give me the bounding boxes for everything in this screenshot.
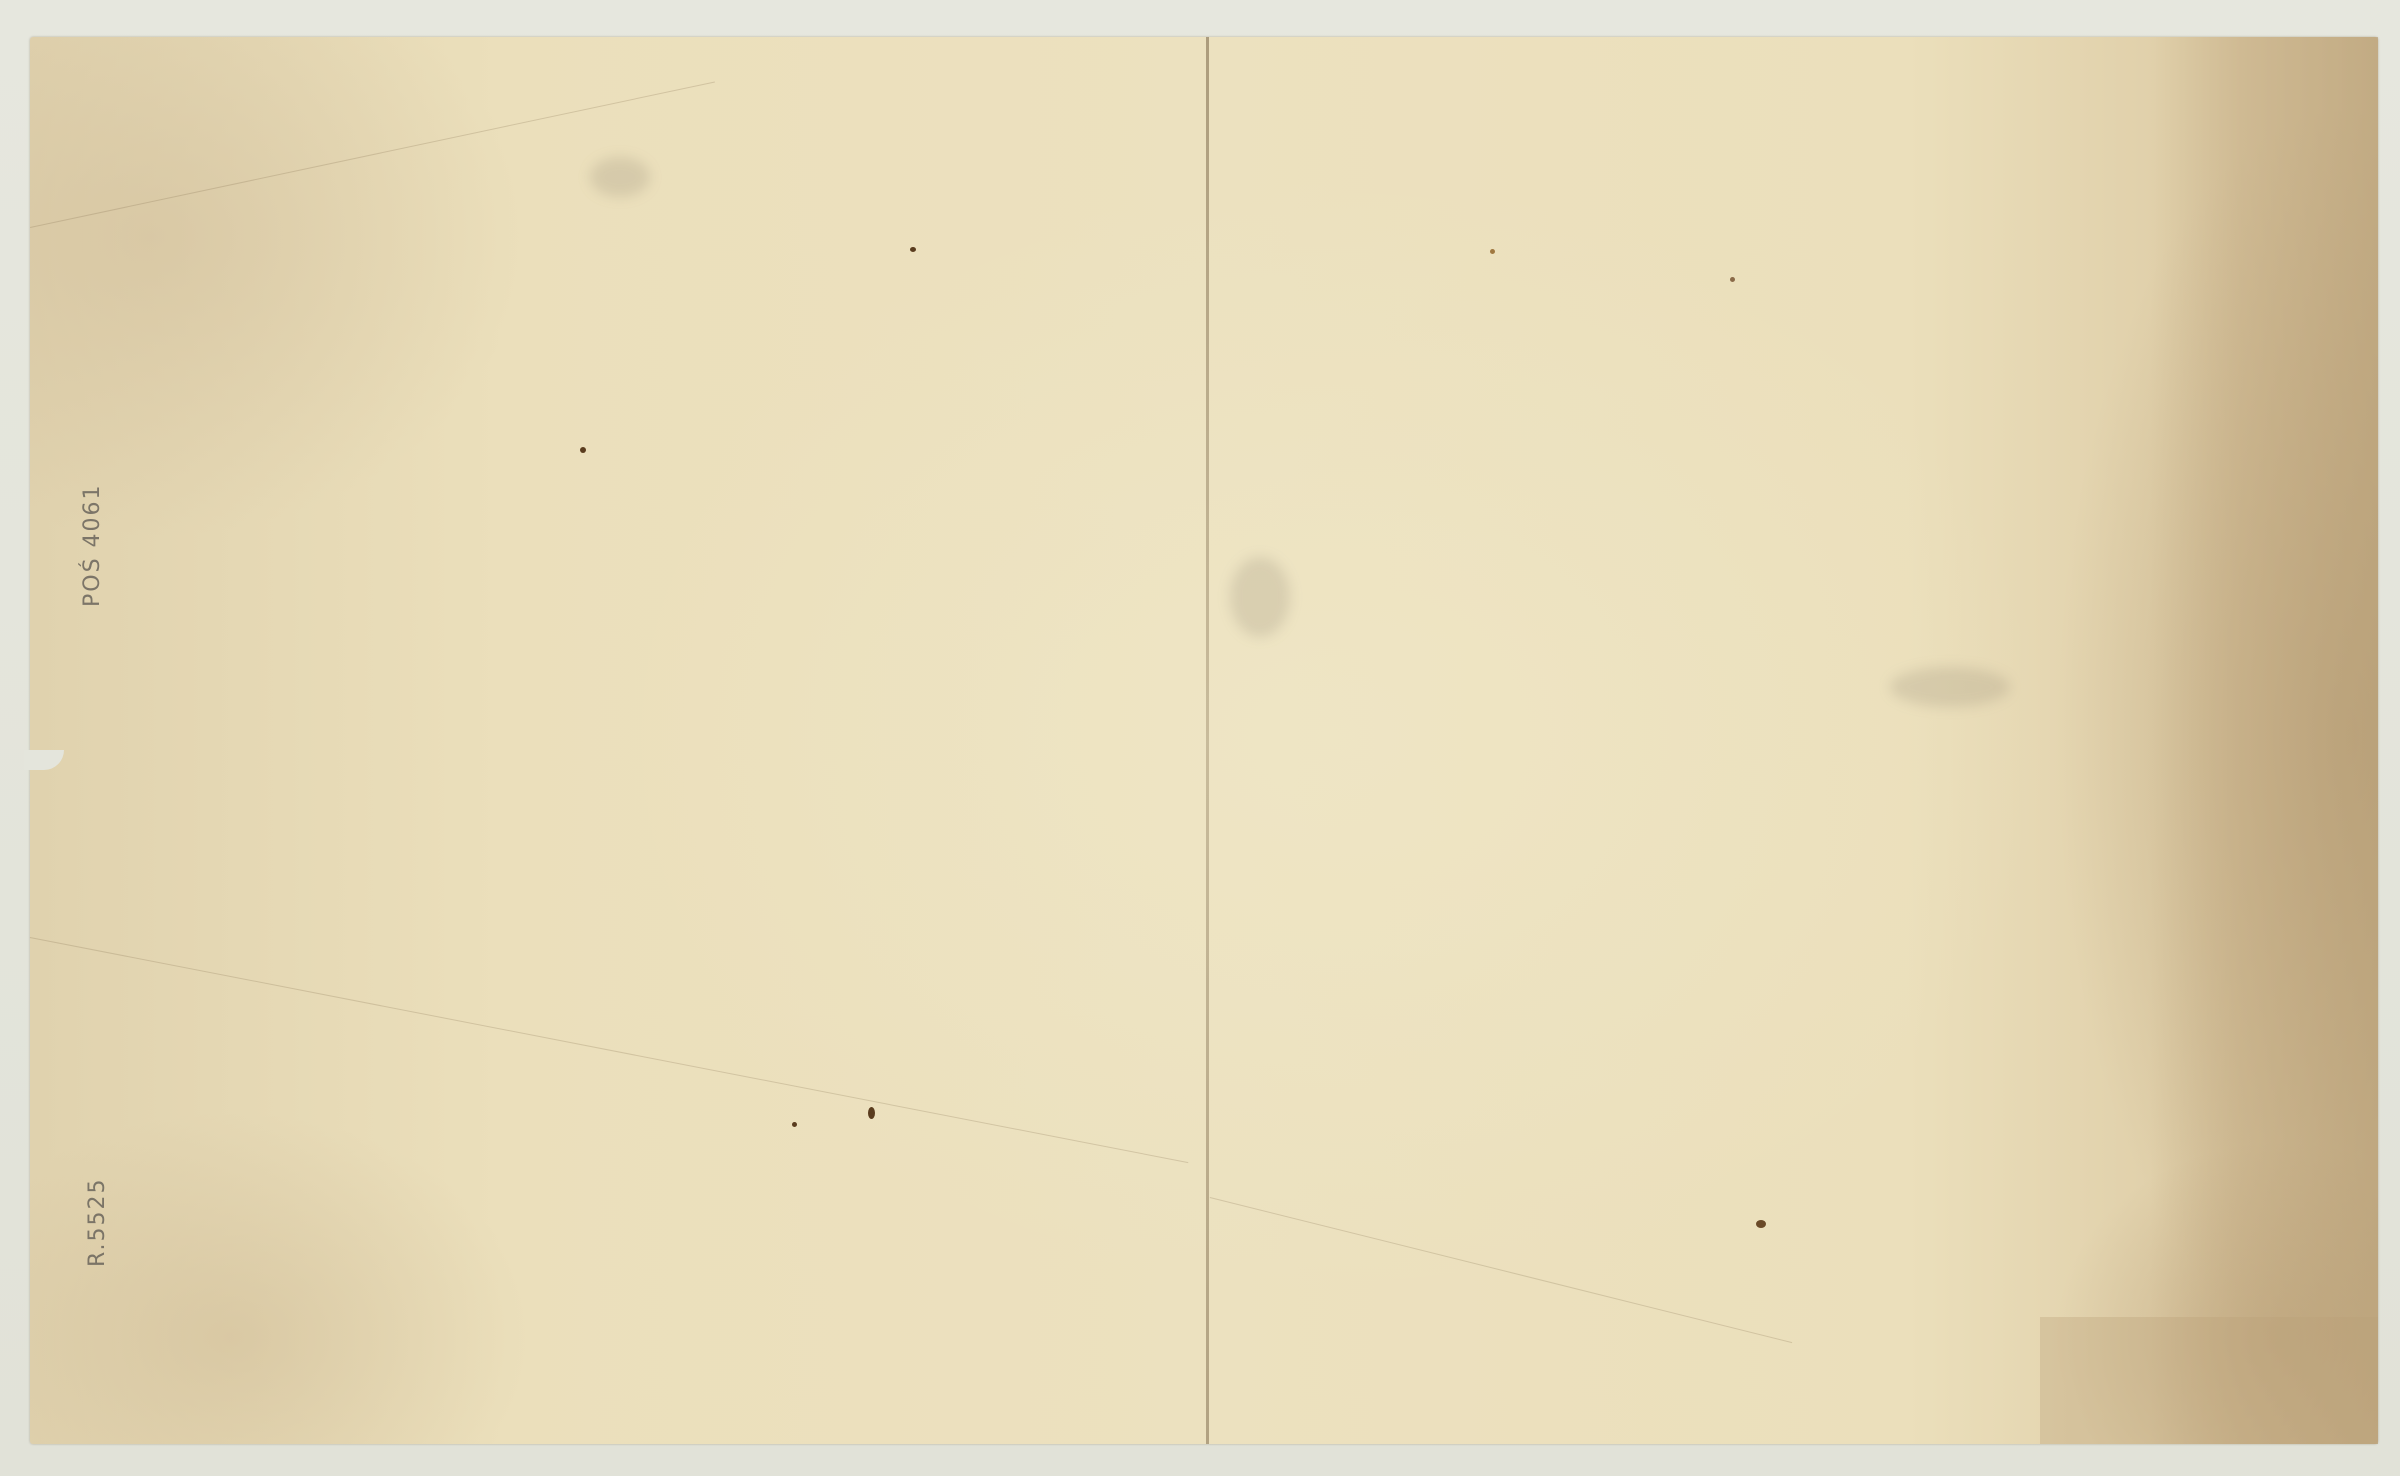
smudge	[1890, 667, 2010, 707]
edge-notch	[24, 750, 64, 770]
ink-spot	[1756, 1220, 1766, 1228]
bottom-right-stain	[2040, 1317, 2378, 1444]
right-edge-stain	[2150, 37, 2378, 1444]
crease-line	[1210, 1197, 1792, 1343]
smudge	[1230, 557, 1290, 637]
ink-spot	[792, 1122, 797, 1127]
ink-spot	[1490, 249, 1495, 254]
crease-line	[30, 81, 715, 228]
smudge	[590, 157, 650, 197]
center-fold	[1206, 37, 1209, 1444]
inscription-lower: R.5525	[85, 1178, 110, 1267]
ink-spot	[868, 1107, 875, 1119]
ink-spot	[910, 247, 916, 252]
paper-sheet: POŚ 4061 R.5525	[30, 37, 2378, 1444]
crease-line	[30, 937, 1189, 1163]
inscription-upper: POŚ 4061	[80, 483, 105, 607]
ink-spot	[580, 447, 586, 453]
photo-stage: POŚ 4061 R.5525	[0, 0, 2400, 1476]
ink-spot	[1730, 277, 1735, 282]
